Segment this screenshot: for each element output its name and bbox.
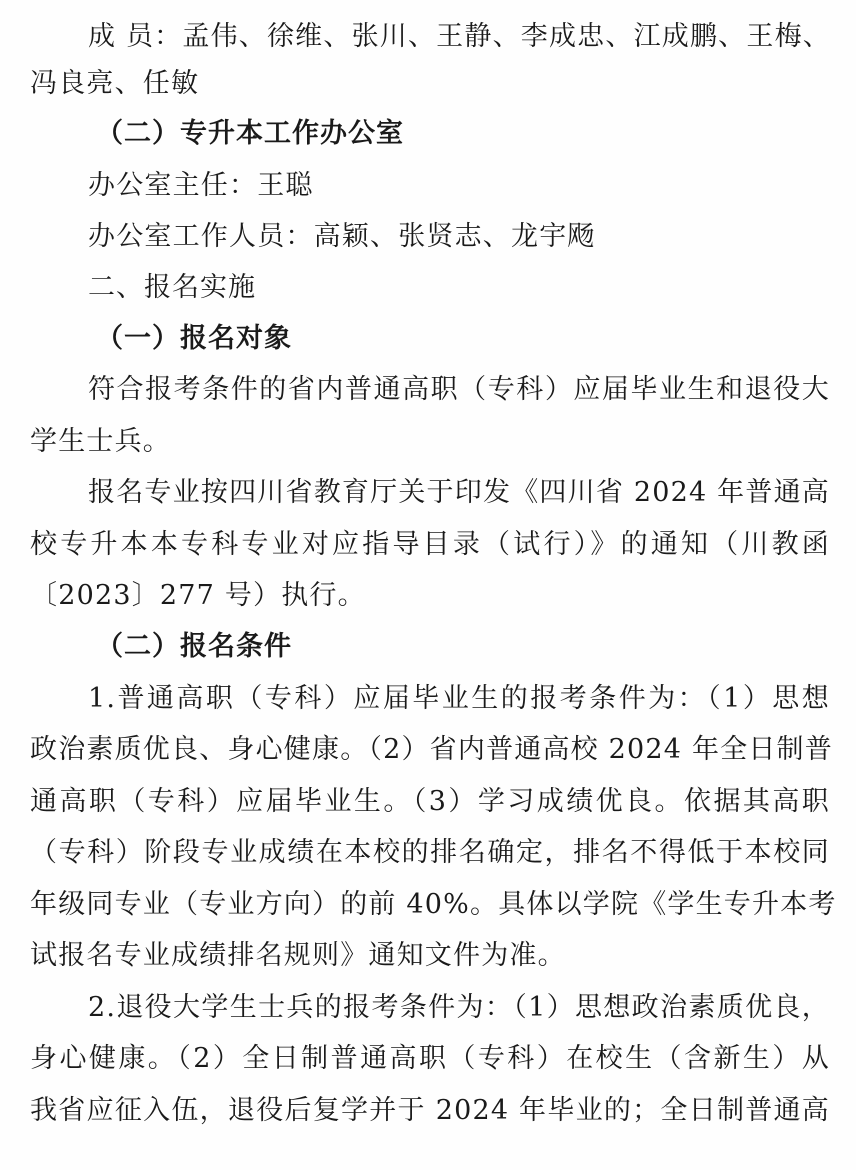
paragraph-line: 通高职（专科）应届毕业生。（3）学习成绩优良。依据其高职 <box>30 785 830 819</box>
paragraph-line: 1.普通高职（专科）应届毕业生的报考条件为：（1）思想 <box>88 682 830 716</box>
paragraph-line: 〔2023〕277 号）执行。 <box>30 579 830 613</box>
office-staff-line: 办公室工作人员：高颖、张贤志、龙宇飏 <box>88 220 830 254</box>
paragraph-line: 身心健康。（2）全日制普通高职（专科）在校生（含新生）从 <box>30 1042 830 1076</box>
paragraph-line: 我省应征入伍，退役后复学并于 2024 年毕业的；全日制普通高 <box>30 1094 830 1128</box>
section-heading-registration: 二、报名实施 <box>88 271 856 305</box>
section-heading-conditions: （二）报名条件 <box>96 630 856 664</box>
paragraph-line: 政治素质优良、身心健康。（2）省内普通高校 2024 年全日制普 <box>30 733 830 767</box>
section-heading-targets: （一）报名对象 <box>96 322 856 356</box>
document-page: 成 员：孟伟、徐维、张川、王静、李成忠、江成鹏、王梅、 冯良亮、任敏 （二）专升… <box>0 0 856 1170</box>
members-line: 成 员：孟伟、徐维、张川、王静、李成忠、江成鹏、王梅、 <box>88 20 830 54</box>
members-line-continued: 冯良亮、任敏 <box>30 67 830 101</box>
paragraph-line: 2.退役大学生士兵的报考条件为：（1）思想政治素质优良， <box>88 991 830 1025</box>
paragraph-line: 年级同专业（专业方向）的前 40%。具体以学院《学生专升本考 <box>30 888 830 922</box>
paragraph-line: （专科）阶段专业成绩在本校的排名确定，排名不得低于本校同 <box>30 836 830 870</box>
office-director-line: 办公室主任：王聪 <box>88 169 830 203</box>
paragraph-line: 符合报考条件的省内普通高职（专科）应届毕业生和退役大 <box>88 373 830 407</box>
paragraph-line: 试报名专业成绩排名规则》通知文件为准。 <box>30 939 830 973</box>
section-heading-office: （二）专升本工作办公室 <box>96 117 856 151</box>
paragraph-line: 报名专业按四川省教育厅关于印发《四川省 2024 年普通高 <box>88 476 830 510</box>
paragraph-line: 学生士兵。 <box>30 425 830 459</box>
paragraph-line: 校专升本本专科专业对应指导目录（试行）》的通知（川教函 <box>30 528 830 562</box>
